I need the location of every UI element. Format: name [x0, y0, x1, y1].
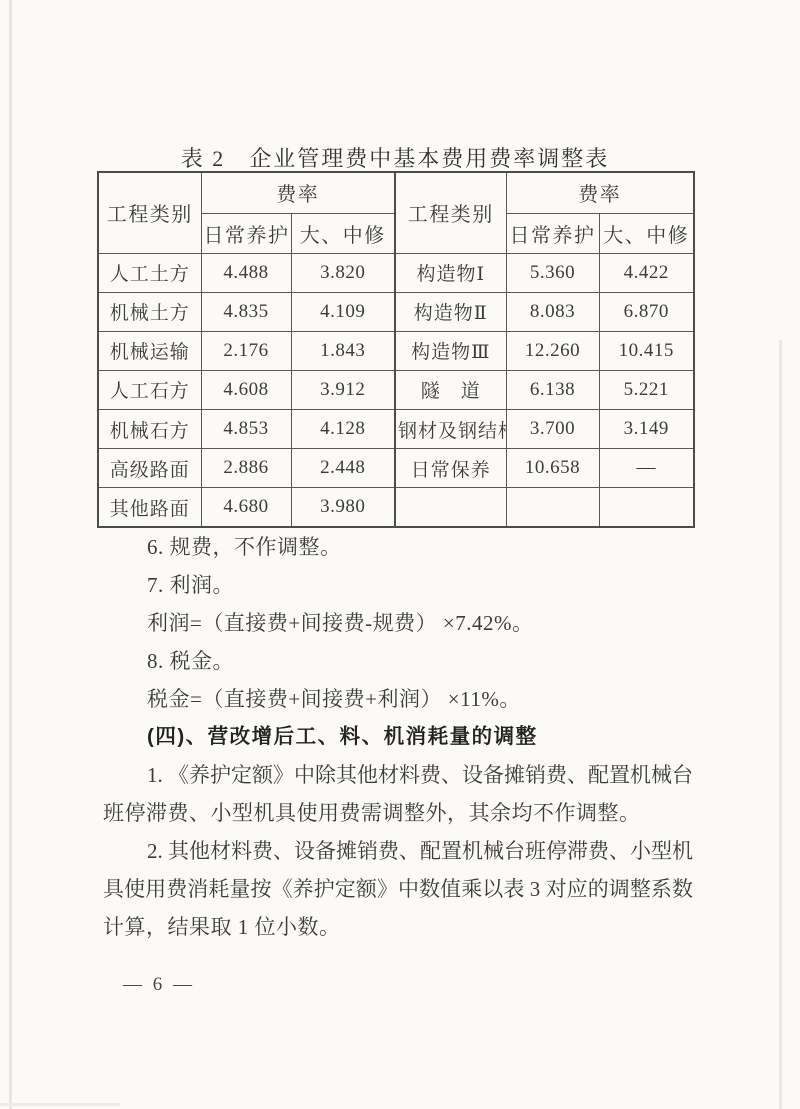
table-cell: 4.680	[201, 488, 291, 527]
table-header-row-1: 工程类别 费率 工程类别 费率	[98, 172, 694, 213]
table-caption: 表 2 企业管理费中基本费用费率调整表	[97, 142, 693, 173]
section-heading: (四)、营改增后工、料、机消耗量的调整	[103, 718, 693, 756]
header-daily-right: 日常养护	[506, 213, 599, 253]
table-cell: 4.608	[201, 370, 291, 409]
table-cell: 4.109	[291, 292, 395, 331]
table-cell: 3.700	[506, 410, 599, 449]
table-header: 工程类别 费率 工程类别 费率 日常养护 大、中修 日常养护 大、中修	[98, 172, 694, 253]
table-row: 人工土方4.4883.820构造物Ⅰ5.3604.422	[98, 253, 694, 292]
table-cell: 5.360	[506, 253, 599, 292]
table-cell: 3.149	[599, 410, 694, 449]
scan-edge-right	[779, 340, 782, 1109]
body-line: 税金=（直接费+间接费+利润） ×11%。	[103, 680, 693, 718]
table-cell: 12.260	[506, 331, 599, 370]
table-cell: 隧 道	[395, 370, 506, 409]
header-daily-left: 日常养护	[201, 213, 291, 253]
table-cell: 钢材及钢结构	[395, 410, 506, 449]
table-cell: 机械石方	[98, 410, 201, 449]
body-line: 具使用费消耗量按《养护定额》中数值乘以表 3 对应的调整系数	[103, 870, 693, 908]
table-cell: 4.422	[599, 253, 694, 292]
table-cell: 其他路面	[98, 488, 201, 527]
header-rate-left: 费率	[201, 172, 395, 213]
table-cell: 构造物Ⅲ	[395, 331, 506, 370]
table-cell: 10.415	[599, 331, 694, 370]
header-category-left: 工程类别	[98, 172, 201, 253]
table-cell: 4.488	[201, 253, 291, 292]
table-cell: 构造物Ⅱ	[395, 292, 506, 331]
header-major-right: 大、中修	[599, 213, 694, 253]
body-line: 班停滞费、小型机具使用费需调整外，其余均不作调整。	[103, 794, 693, 832]
table-cell: 日常保养	[395, 449, 506, 488]
table-cell: 人工土方	[98, 253, 201, 292]
body-line: 8. 税金。	[103, 642, 693, 680]
table-cell: —	[599, 449, 694, 488]
table-row: 人工石方4.6083.912隧 道6.1385.221	[98, 370, 694, 409]
table-cell: 人工石方	[98, 370, 201, 409]
table-cell: 2.176	[201, 331, 291, 370]
table-row: 机械土方4.8354.109构造物Ⅱ8.0836.870	[98, 292, 694, 331]
table-cell	[599, 488, 694, 527]
table-cell: 3.980	[291, 488, 395, 527]
scan-edge-bottom	[0, 1103, 120, 1106]
body-line: 计算，结果取 1 位小数。	[103, 908, 693, 946]
table-cell: 3.912	[291, 370, 395, 409]
page-number: — 6 —	[123, 974, 195, 996]
table-cell: 8.083	[506, 292, 599, 331]
scan-edge-left	[9, 0, 12, 1109]
document-page: 表 2 企业管理费中基本费用费率调整表 工程类别 费率 工程类别 费率 日常养护…	[0, 0, 800, 1109]
table-cell	[506, 488, 599, 527]
table-cell: 10.658	[506, 449, 599, 488]
header-category-right: 工程类别	[395, 172, 506, 253]
table-row: 机械运输2.1761.843构造物Ⅲ12.26010.415	[98, 331, 694, 370]
rate-adjustment-table: 工程类别 费率 工程类别 费率 日常养护 大、中修 日常养护 大、中修 人工土方…	[97, 171, 695, 528]
header-major-left: 大、中修	[291, 213, 395, 253]
body-line: 6. 规费，不作调整。	[103, 528, 693, 566]
table-row: 高级路面2.8862.448日常保养10.658—	[98, 449, 694, 488]
body-line: 7. 利润。	[103, 566, 693, 604]
table-cell: 3.820	[291, 253, 395, 292]
table-cell: 4.853	[201, 410, 291, 449]
table-cell: 机械土方	[98, 292, 201, 331]
body-line: 利润=（直接费+间接费-规费） ×7.42%。	[103, 604, 693, 642]
table-cell: 2.448	[291, 449, 395, 488]
table-cell: 5.221	[599, 370, 694, 409]
table-cell: 2.886	[201, 449, 291, 488]
table-cell	[395, 488, 506, 527]
header-rate-right: 费率	[506, 172, 694, 213]
body-line: 1. 《养护定额》中除其他材料费、设备摊销费、配置机械台	[103, 756, 693, 794]
table-cell: 6.870	[599, 292, 694, 331]
table-cell: 4.128	[291, 410, 395, 449]
table-row: 其他路面4.6803.980	[98, 488, 694, 527]
table-cell: 6.138	[506, 370, 599, 409]
table-cell: 高级路面	[98, 449, 201, 488]
table-cell: 构造物Ⅰ	[395, 253, 506, 292]
table-row: 机械石方4.8534.128钢材及钢结构3.7003.149	[98, 410, 694, 449]
table-cell: 1.843	[291, 331, 395, 370]
body-line: 2. 其他材料费、设备摊销费、配置机械台班停滞费、小型机	[103, 832, 693, 870]
table-body: 人工土方4.4883.820构造物Ⅰ5.3604.422机械土方4.8354.1…	[98, 253, 694, 527]
body-text: 6. 规费，不作调整。7. 利润。利润=（直接费+间接费-规费） ×7.42%。…	[103, 528, 693, 946]
table-cell: 4.835	[201, 292, 291, 331]
table-cell: 机械运输	[98, 331, 201, 370]
